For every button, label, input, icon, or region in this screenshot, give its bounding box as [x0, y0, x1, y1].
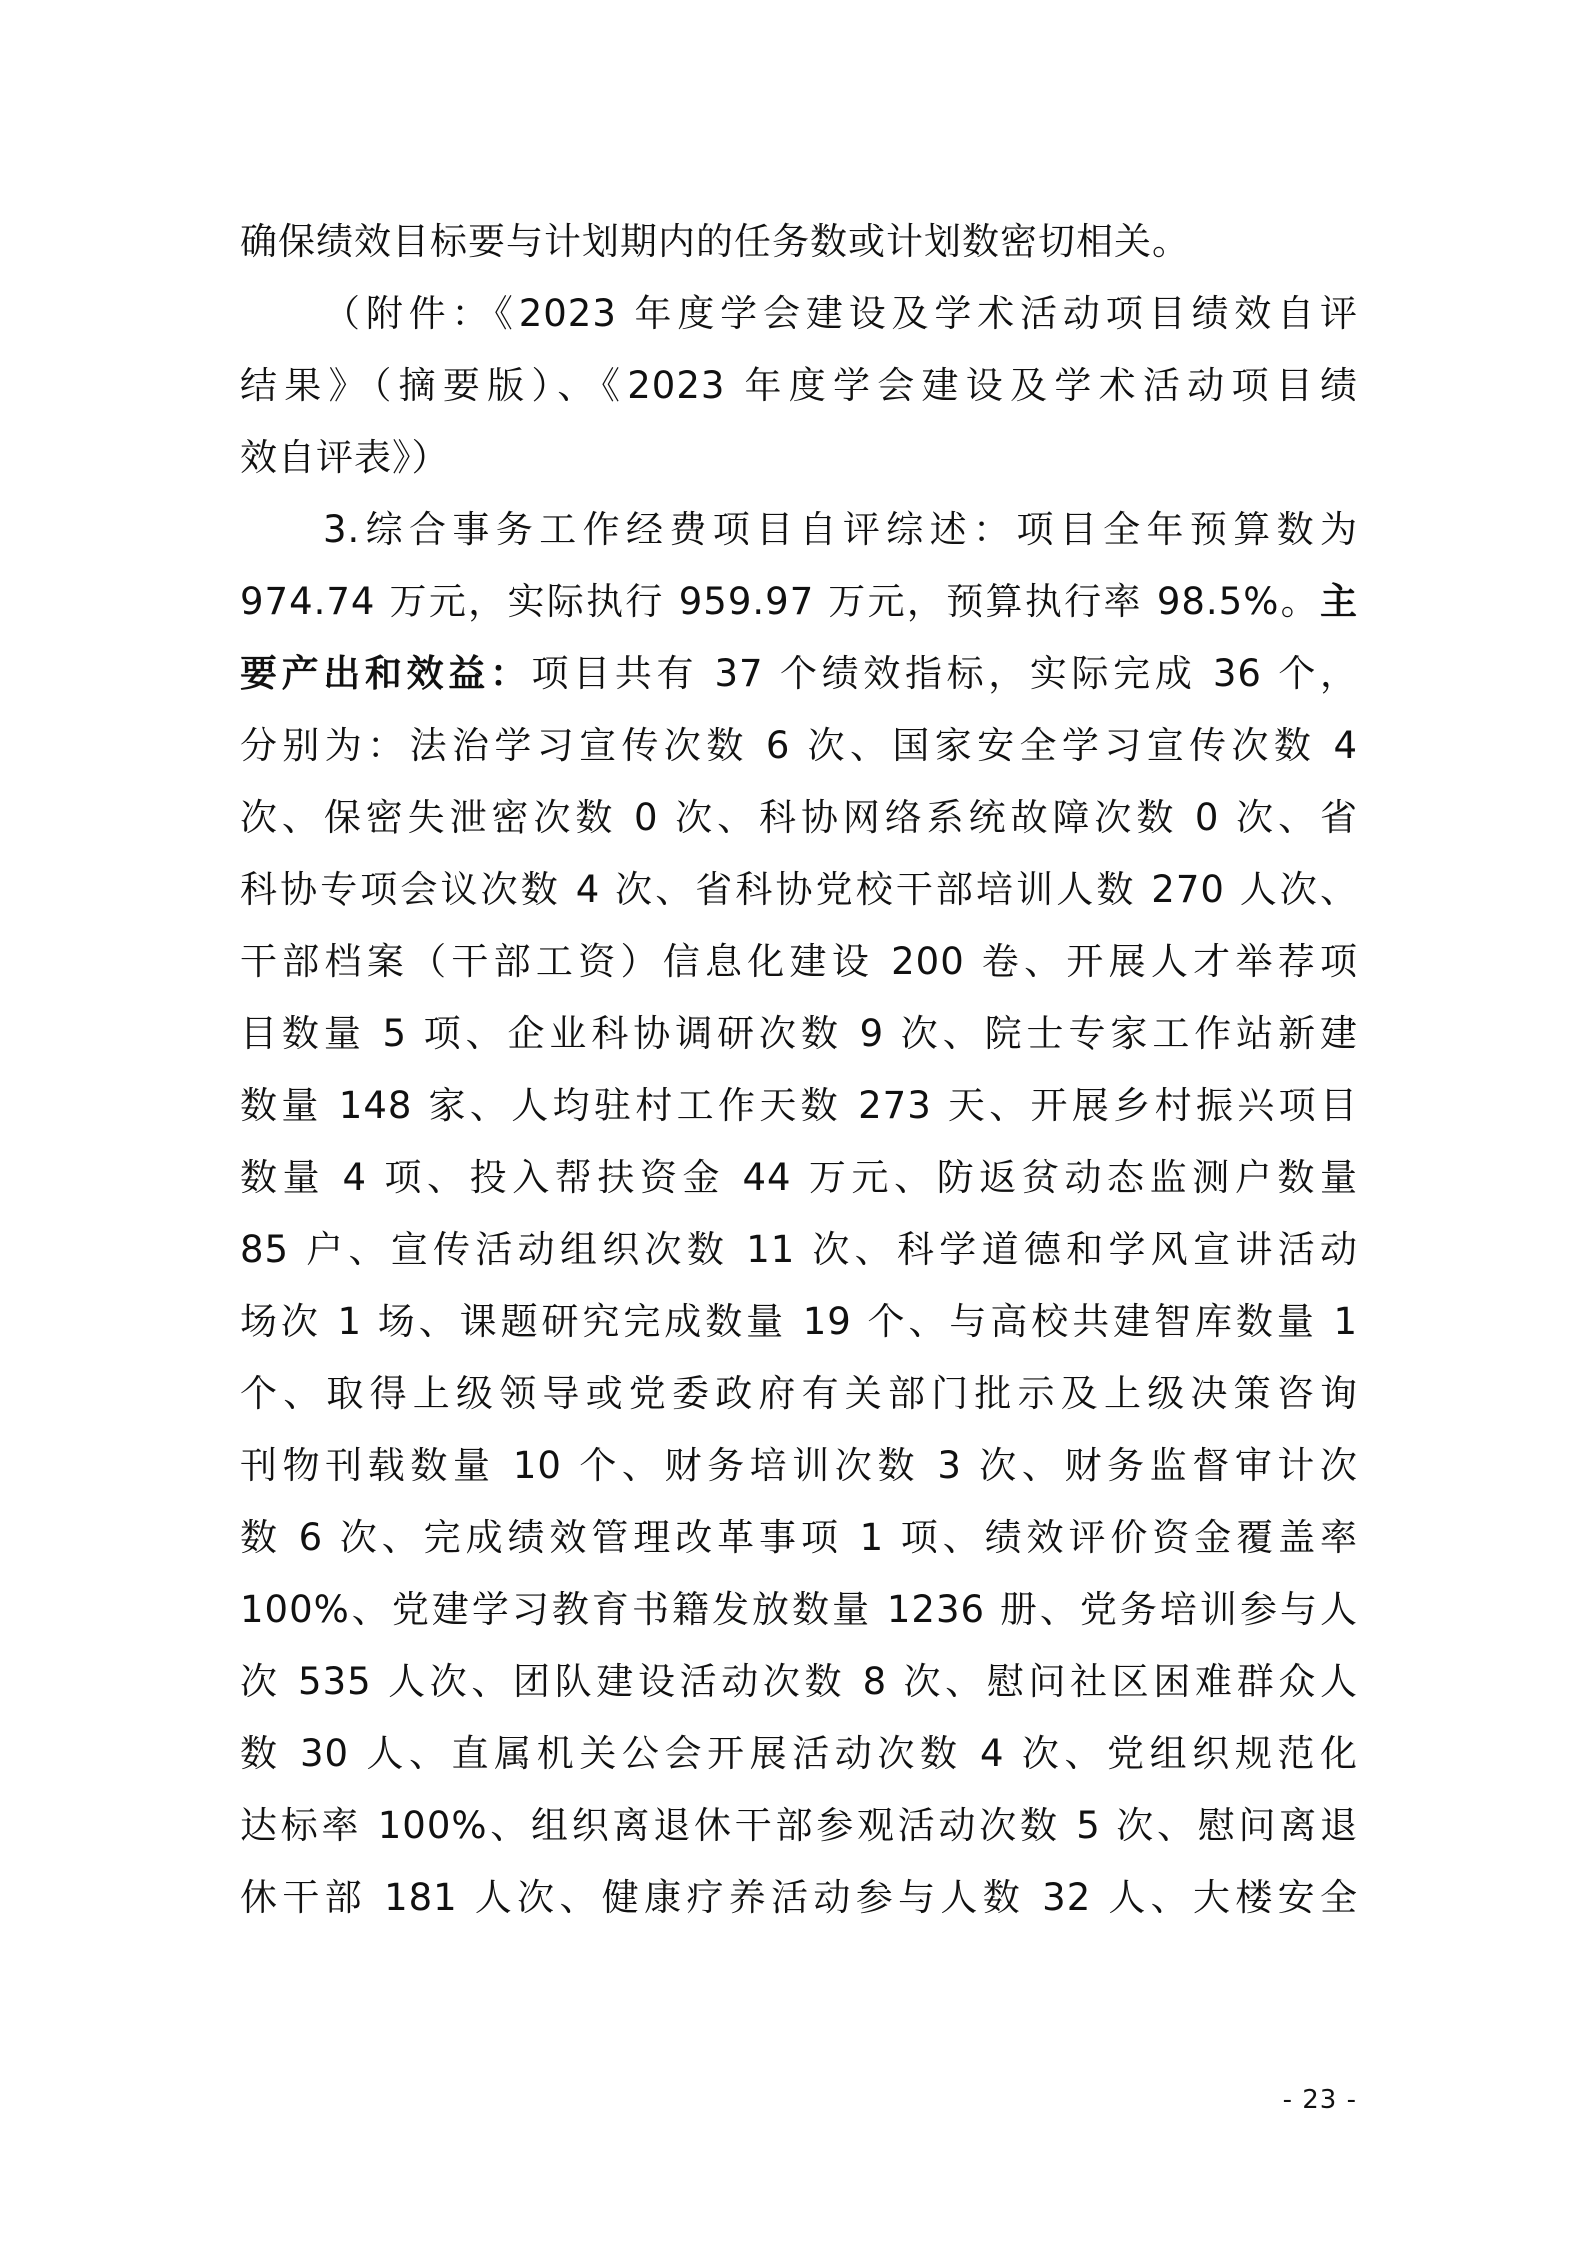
attachment-line-2: 结果》（摘要版）、《2023 年度学会建设及学术活动项目绩 — [240, 356, 1358, 416]
indicator-line: 个、取得上级领导或党委政府有关部门批示及上级决策咨询 — [240, 1364, 1358, 1424]
outputs-label-end: 要产出和效益： — [240, 652, 532, 695]
indicator-line: 干部档案（干部工资）信息化建设 200 卷、开展人才举荐项 — [240, 932, 1358, 992]
budget-text: 974.74 万元，实际执行 959.97 万元，预算执行率 98.5%。 — [240, 580, 1320, 623]
indicator-line: 场次 1 场、课题研究完成数量 19 个、与高校共建智库数量 1 — [240, 1292, 1358, 1352]
indicator-line: 数 6 次、完成绩效管理改革事项 1 项、绩效评价资金覆盖率 — [240, 1508, 1358, 1568]
indicator-line: 分别为：法治学习宣传次数 6 次、国家安全学习宣传次数 4 — [240, 716, 1358, 776]
indicator-line: 休干部 181 人次、健康疗养活动参与人数 32 人、大楼安全 — [240, 1868, 1358, 1928]
indicator-line: 85 户、宣传活动组织次数 11 次、科学道德和学风宣讲活动 — [240, 1220, 1358, 1280]
indicator-line: 数 30 人、直属机关公会开展活动次数 4 次、党组织规范化 — [240, 1724, 1358, 1784]
page-number: - 23 - — [1283, 2082, 1357, 2118]
indicator-line: 目数量 5 项、企业科协调研次数 9 次、院士专家工作站新建 — [240, 1004, 1358, 1064]
indicator-line: 次 535 人次、团队建设活动次数 8 次、慰问社区困难群众人 — [240, 1652, 1358, 1712]
budget-line: 974.74 万元，实际执行 959.97 万元，预算执行率 98.5%。主 — [240, 572, 1358, 632]
outputs-text: 项目共有 37 个绩效指标，实际完成 36 个， — [532, 652, 1358, 695]
outputs-line: 要产出和效益：项目共有 37 个绩效指标，实际完成 36 个， — [240, 644, 1358, 704]
attachment-line-1: （附件：《2023 年度学会建设及学术活动项目绩效自评 — [323, 284, 1358, 344]
indicator-line: 达标率 100%、组织离退休干部参观活动次数 5 次、慰问离退 — [240, 1796, 1358, 1856]
section-3-heading-line: 3.综合事务工作经费项目自评综述：项目全年预算数为 — [323, 500, 1358, 560]
indicator-line: 数量 148 家、人均驻村工作天数 273 天、开展乡村振兴项目 — [240, 1076, 1358, 1136]
indicator-line: 100%、党建学习教育书籍发放数量 1236 册、党务培训参与人 — [240, 1580, 1358, 1640]
indicator-line: 数量 4 项、投入帮扶资金 44 万元、防返贫动态监测户数量 — [240, 1148, 1358, 1208]
indicator-line: 次、保密失泄密次数 0 次、科协网络系统故障次数 0 次、省 — [240, 788, 1358, 848]
indicator-line: 科协专项会议次数 4 次、省科协党校干部培训人数 270 人次、 — [240, 860, 1358, 920]
outputs-label-start: 主 — [1320, 580, 1358, 623]
attachment-line-3: 效自评表》） — [240, 428, 1358, 488]
document-page: 确保绩效目标要与计划期内的任务数或计划数密切相关。 （附件：《2023 年度学会… — [0, 0, 1587, 2245]
indicator-line: 刊物刊载数量 10 个、财务培训次数 3 次、财务监督审计次 — [240, 1436, 1358, 1496]
paragraph-line-1: 确保绩效目标要与计划期内的任务数或计划数密切相关。 — [240, 212, 1358, 272]
